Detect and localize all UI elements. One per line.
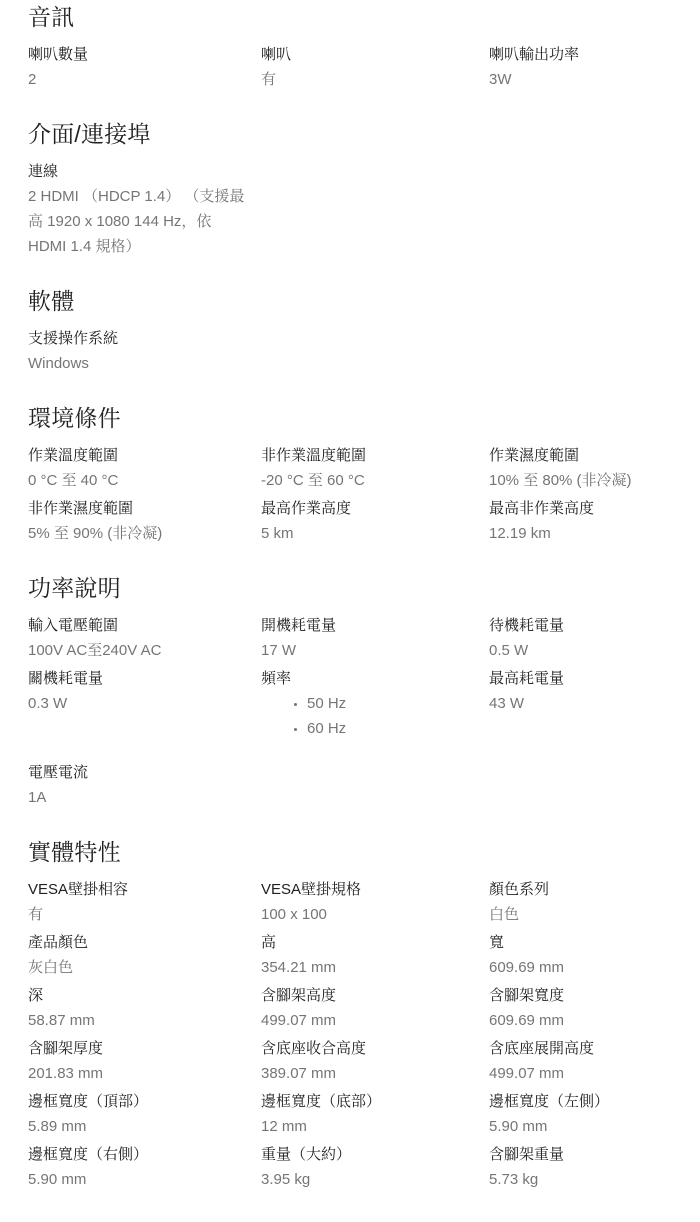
spec-value: 0.5 W (489, 638, 664, 663)
spec-item: 邊框寬度（右側） 5.90 mm (28, 1142, 261, 1192)
spec-item: 喇叭 有 (261, 42, 489, 92)
spec-value: 58.87 mm (28, 1008, 245, 1033)
spec-label: VESA壁掛相容 (28, 877, 245, 902)
spec-grid: 支援操作系統 Windows (28, 326, 680, 376)
spec-label: 含底座收合高度 (261, 1036, 473, 1061)
spec-label: 連線 (28, 159, 245, 184)
spec-item: 關機耗電量 0.3 W (28, 666, 261, 757)
spec-item: VESA壁掛規格 100 x 100 (261, 877, 489, 927)
spec-item: 支援操作系統 Windows (28, 326, 261, 376)
spec-value: 201.83 mm (28, 1061, 245, 1086)
section-title-software: 軟體 (28, 286, 680, 316)
frequency-item: 60 Hz (307, 716, 473, 741)
spec-item: 非作業溫度範圍 -20 °C 至 60 °C (261, 443, 489, 493)
spec-item: 高 354.21 mm (261, 930, 489, 980)
spec-label: 邊框寬度（左側） (489, 1089, 664, 1114)
spec-item: 最高作業高度 5 km (261, 496, 489, 546)
spec-value: 5.90 mm (28, 1167, 245, 1192)
spec-grid: 作業溫度範圍 0 °C 至 40 °C 非作業溫度範圍 -20 °C 至 60 … (28, 443, 680, 546)
spec-value: 100 x 100 (261, 902, 473, 927)
section-software: 軟體 支援操作系統 Windows (28, 286, 680, 376)
spec-item: 作業濕度範圍 10% 至 80% (非冷凝) (489, 443, 680, 493)
spec-value: 有 (28, 902, 245, 927)
spec-value: 499.07 mm (261, 1008, 473, 1033)
spec-value: 白色 (489, 902, 664, 927)
section-interface-ports: 介面/連接埠 連線 2 HDMI （HDCP 1.4） （支援最高 1920 x… (28, 119, 680, 259)
spec-label: 產品顏色 (28, 930, 245, 955)
spec-label: 邊框寬度（右側） (28, 1142, 245, 1167)
spec-value: -20 °C 至 60 °C (261, 468, 473, 493)
spec-item: 最高耗電量 43 W (489, 666, 680, 757)
spec-item: 深 58.87 mm (28, 983, 261, 1033)
spec-value: 12 mm (261, 1114, 473, 1139)
spec-item: 邊框寬度（頂部） 5.89 mm (28, 1089, 261, 1139)
spec-grid: 喇叭數量 2 喇叭 有 喇叭輸出功率 3W (28, 42, 680, 92)
spec-page: 音訊 喇叭數量 2 喇叭 有 喇叭輸出功率 3W 介面/連接埠 連線 2 HDM… (0, 0, 700, 1222)
spec-item-frequency: 頻率 50 Hz 60 Hz (261, 666, 489, 757)
spec-value: 100V AC至240V AC (28, 638, 245, 663)
spec-item: 含腳架厚度 201.83 mm (28, 1036, 261, 1086)
spec-item: 邊框寬度（底部） 12 mm (261, 1089, 489, 1139)
spec-item: 含底座收合高度 389.07 mm (261, 1036, 489, 1086)
spec-label: 關機耗電量 (28, 666, 245, 691)
spec-label: 邊框寬度（頂部） (28, 1089, 245, 1114)
spec-label: 頻率 (261, 666, 473, 691)
spec-label: 含腳架重量 (489, 1142, 664, 1167)
spec-value: 灰白色 (28, 955, 245, 980)
spec-label: 邊框寬度（底部） (261, 1089, 473, 1114)
spec-label: 顏色系列 (489, 877, 664, 902)
spec-label: 最高作業高度 (261, 496, 473, 521)
spec-item: 顏色系列 白色 (489, 877, 680, 927)
section-physical: 實體特性 VESA壁掛相容 有 VESA壁掛規格 100 x 100 顏色系列 … (28, 837, 680, 1192)
spec-label: 含腳架厚度 (28, 1036, 245, 1061)
frequency-list: 50 Hz 60 Hz (261, 691, 473, 741)
spec-item: 非作業濕度範圍 5% 至 90% (非冷凝) (28, 496, 261, 546)
spec-label: 喇叭輸出功率 (489, 42, 664, 67)
spec-value: 609.69 mm (489, 955, 664, 980)
spec-label: 寬 (489, 930, 664, 955)
spec-value: 1A (28, 785, 245, 810)
spec-item: 連線 2 HDMI （HDCP 1.4） （支援最高 1920 x 1080 1… (28, 159, 261, 259)
spec-item: 寬 609.69 mm (489, 930, 680, 980)
spec-label: 非作業濕度範圍 (28, 496, 245, 521)
spec-grid: 輸入電壓範圍 100V AC至240V AC 開機耗電量 17 W 待機耗電量 … (28, 613, 680, 810)
spec-label: 作業溫度範圍 (28, 443, 245, 468)
spec-value: 2 (28, 67, 245, 92)
spec-value: 499.07 mm (489, 1061, 664, 1086)
spec-item: 產品顏色 灰白色 (28, 930, 261, 980)
spec-item: 電壓電流 1A (28, 760, 261, 810)
spec-item: 含腳架高度 499.07 mm (261, 983, 489, 1033)
spec-value: 17 W (261, 638, 473, 663)
section-title-physical: 實體特性 (28, 837, 680, 867)
section-power: 功率說明 輸入電壓範圍 100V AC至240V AC 開機耗電量 17 W 待… (28, 573, 680, 810)
spec-item: 含腳架重量 5.73 kg (489, 1142, 680, 1192)
spec-value: 5.73 kg (489, 1167, 664, 1192)
spec-label: 非作業溫度範圍 (261, 443, 473, 468)
spec-label: 喇叭 (261, 42, 473, 67)
spec-label: 高 (261, 930, 473, 955)
spec-value: 有 (261, 67, 473, 92)
spec-item: 含底座展開高度 499.07 mm (489, 1036, 680, 1086)
spec-value: 0 °C 至 40 °C (28, 468, 245, 493)
section-environment: 環境條件 作業溫度範圍 0 °C 至 40 °C 非作業溫度範圍 -20 °C … (28, 403, 680, 546)
section-title-interface-ports: 介面/連接埠 (28, 119, 680, 149)
spec-item: 喇叭數量 2 (28, 42, 261, 92)
spec-value: Windows (28, 351, 245, 376)
spec-value: 5.89 mm (28, 1114, 245, 1139)
spec-value: 609.69 mm (489, 1008, 664, 1033)
spec-value: 5 km (261, 521, 473, 546)
spec-value: 354.21 mm (261, 955, 473, 980)
spec-value: 389.07 mm (261, 1061, 473, 1086)
spec-grid: 連線 2 HDMI （HDCP 1.4） （支援最高 1920 x 1080 1… (28, 159, 680, 259)
spec-label: 支援操作系統 (28, 326, 245, 351)
spec-value: 2 HDMI （HDCP 1.4） （支援最高 1920 x 1080 144 … (28, 184, 245, 259)
spec-value: 3.95 kg (261, 1167, 473, 1192)
spec-label: 電壓電流 (28, 760, 245, 785)
spec-item: 作業溫度範圍 0 °C 至 40 °C (28, 443, 261, 493)
spec-value: 12.19 km (489, 521, 664, 546)
spec-value: 5.90 mm (489, 1114, 664, 1139)
section-audio: 音訊 喇叭數量 2 喇叭 有 喇叭輸出功率 3W (28, 2, 680, 92)
spec-label: 含腳架高度 (261, 983, 473, 1008)
spec-label: 輸入電壓範圍 (28, 613, 245, 638)
section-title-power: 功率說明 (28, 573, 680, 603)
spec-label: 深 (28, 983, 245, 1008)
spec-item: 邊框寬度（左側） 5.90 mm (489, 1089, 680, 1139)
spec-grid: VESA壁掛相容 有 VESA壁掛規格 100 x 100 顏色系列 白色 產品… (28, 877, 680, 1192)
spec-item: 輸入電壓範圍 100V AC至240V AC (28, 613, 261, 663)
spec-label: 待機耗電量 (489, 613, 664, 638)
frequency-item: 50 Hz (307, 691, 473, 716)
spec-item: 最高非作業高度 12.19 km (489, 496, 680, 546)
spec-value: 10% 至 80% (非冷凝) (489, 468, 664, 493)
spec-label: 喇叭數量 (28, 42, 245, 67)
spec-item: 重量（大約） 3.95 kg (261, 1142, 489, 1192)
spec-label: 最高非作業高度 (489, 496, 664, 521)
spec-value: 3W (489, 67, 664, 92)
spec-item: 開機耗電量 17 W (261, 613, 489, 663)
section-title-environment: 環境條件 (28, 403, 680, 433)
spec-value: 43 W (489, 691, 664, 716)
spec-value: 5% 至 90% (非冷凝) (28, 521, 245, 546)
spec-label: 開機耗電量 (261, 613, 473, 638)
spec-item: 喇叭輸出功率 3W (489, 42, 680, 92)
spec-label: 含底座展開高度 (489, 1036, 664, 1061)
spec-label: 重量（大約） (261, 1142, 473, 1167)
spec-label: VESA壁掛規格 (261, 877, 473, 902)
spec-item: VESA壁掛相容 有 (28, 877, 261, 927)
spec-item: 含腳架寬度 609.69 mm (489, 983, 680, 1033)
spec-label: 最高耗電量 (489, 666, 664, 691)
spec-item: 待機耗電量 0.5 W (489, 613, 680, 663)
spec-label: 作業濕度範圍 (489, 443, 664, 468)
section-title-audio: 音訊 (28, 2, 680, 32)
spec-label: 含腳架寬度 (489, 983, 664, 1008)
spec-value: 0.3 W (28, 691, 245, 716)
